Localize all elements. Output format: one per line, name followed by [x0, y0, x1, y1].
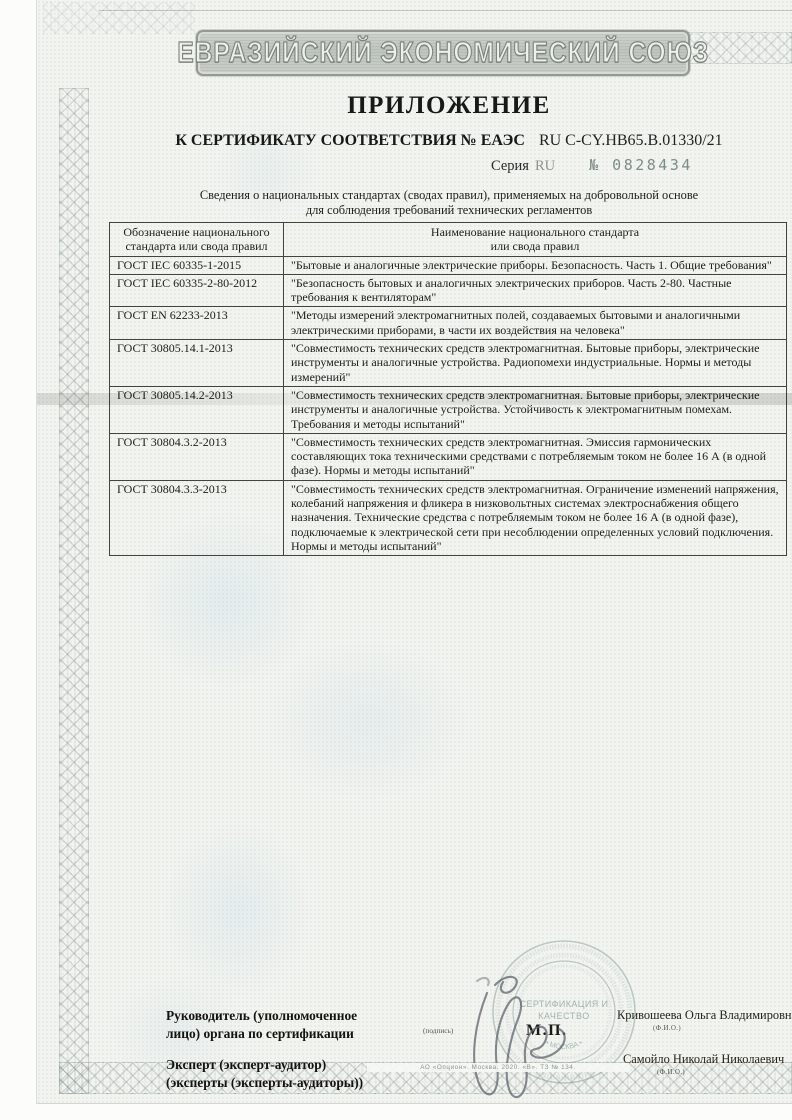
standard-name-cell: "Совместимость технических средств элект…	[284, 340, 787, 387]
standards-table-body: ГОСТ IEC 60335-1-2015"Бытовые и аналогич…	[110, 256, 787, 556]
standard-name-cell: "Безопасность бытовых и аналогичных элек…	[284, 274, 787, 307]
standard-designation-cell: ГОСТ 30804.3.3-2013	[110, 480, 284, 555]
series-region: RU	[535, 158, 555, 174]
standard-designation-cell: ГОСТ 30805.14.1-2013	[110, 340, 284, 387]
scanner-artifact-band	[37, 393, 792, 405]
eaeu-banner-text: ЕВРАЗИЙСКИЙ ЭКОНОМИЧЕСКИЙ СОЮЗ	[177, 36, 709, 69]
standard-name-cell: "Совместимость технических средств элект…	[284, 433, 787, 480]
standard-name-cell: "Бытовые и аналогичные электрические при…	[284, 256, 787, 274]
eaeu-banner: ЕВРАЗИЙСКИЙ ЭКОНОМИЧЕСКИЙ СОЮЗ	[196, 30, 690, 76]
certificate-subtitle-label: К СЕРТИФИКАТУ СООТВЕТСТВИЯ № ЕАЭС	[175, 132, 525, 149]
expert-label-line1: Эксперт (эксперт-аудитор)	[166, 1056, 363, 1074]
table-row: ГОСТ 30804.3.2-2013"Совместимость технич…	[110, 433, 787, 480]
table-row: ГОСТ 30805.14.1-2013"Совместимость техни…	[110, 340, 787, 387]
standards-table: Обозначение национального стандарта или …	[109, 222, 787, 556]
series-line: СерияRU№ 0828434	[491, 156, 693, 175]
form-microtext: АО «Опцион». Москва. 2020. «В». ТЗ № 134…	[367, 1063, 629, 1072]
standard-designation-cell: ГОСТ 30804.3.2-2013	[110, 433, 284, 480]
standard-name-cell: "Совместимость технических средств элект…	[284, 480, 787, 555]
table-header-designation: Обозначение национального стандарта или …	[110, 223, 284, 257]
guilloche-border-top-left	[43, 2, 195, 34]
certificate-subtitle: К СЕРТИФИКАТУ СООТВЕТСТВИЯ № ЕАЭСRU C-CY…	[109, 132, 789, 150]
standard-name-cell: "Методы измерений электромагнитных полей…	[284, 307, 787, 340]
table-header-row: Обозначение национального стандарта или …	[110, 223, 787, 257]
expert-fio-caption: (Ф.И.О.)	[657, 1069, 685, 1076]
certificate-paper: ЕВРАЗИЙСКИЙ ЭКОНОМИЧЕСКИЙ СОЮЗ ПРИЛОЖЕНИ…	[36, 0, 792, 1104]
page-title: ПРИЛОЖЕНИЕ	[109, 92, 789, 120]
blank-number: № 0828434	[589, 156, 693, 174]
head-fio-caption: (Ф.И.О.)	[653, 1025, 681, 1032]
standard-designation-cell: ГОСТ EN 62233-2013	[110, 307, 284, 340]
table-row: ГОСТ EN 62233-2013"Методы измерений элек…	[110, 307, 787, 340]
table-header-name-line1: Наименование национального стандарта	[288, 225, 782, 239]
head-label-line1: Руководитель (уполномоченное	[166, 1007, 357, 1025]
intro-text: Сведения о национальных стандартах (свод…	[109, 188, 789, 217]
handwritten-signature	[417, 963, 617, 1113]
certificate-number: RU C-CY.HB65.B.01330/21	[539, 132, 723, 149]
table-row: ГОСТ IEC 60335-1-2015"Бытовые и аналогич…	[110, 256, 787, 274]
table-row: ГОСТ 30804.3.3-2013"Совместимость технич…	[110, 480, 787, 555]
expert-label-line2: (эксперты (эксперты-аудиторы))	[166, 1074, 363, 1092]
scan-background: ЕВРАЗИЙСКИЙ ЭКОНОМИЧЕСКИЙ СОЮЗ ПРИЛОЖЕНИ…	[0, 0, 792, 1120]
expert-label: Эксперт (эксперт-аудитор) (эксперты (экс…	[166, 1056, 363, 1091]
table-header-name-line2: или свода правил	[288, 239, 782, 253]
series-label: Серия	[491, 158, 529, 174]
intro-line-1: Сведения о национальных стандартах (свод…	[109, 188, 789, 203]
guilloche-border-left	[59, 88, 89, 1094]
intro-line-2: для соблюдения требований технических ре…	[109, 203, 789, 218]
table-header-name: Наименование национального стандарта или…	[284, 223, 787, 257]
expert-name: Самойло Николай Николаевич	[623, 1052, 784, 1067]
standard-designation-cell: ГОСТ IEC 60335-1-2015	[110, 256, 284, 274]
table-row: ГОСТ IEC 60335-2-80-2012"Безопасность бы…	[110, 274, 787, 307]
head-of-body-label: Руководитель (уполномоченное лицо) орган…	[166, 1007, 357, 1042]
head-label-line2: лицо) органа по сертификации	[166, 1025, 357, 1043]
standard-designation-cell: ГОСТ IEC 60335-2-80-2012	[110, 274, 284, 307]
paper-top-edge	[99, 10, 792, 11]
